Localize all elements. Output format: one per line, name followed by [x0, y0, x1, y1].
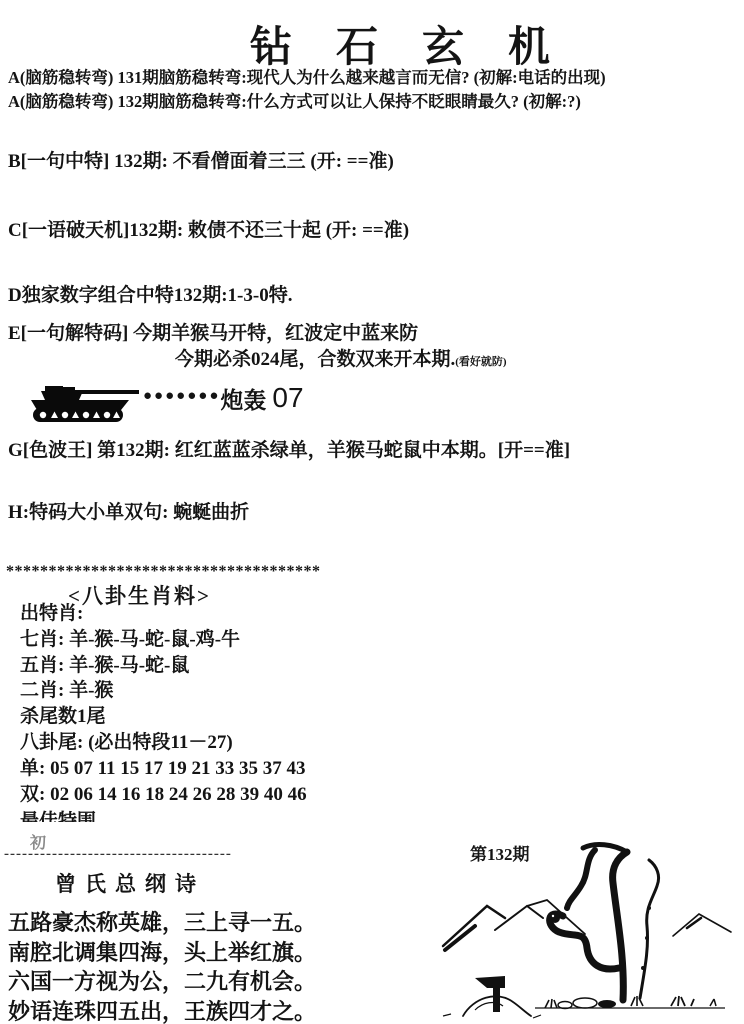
poem-title: 曾氏总纲诗 — [55, 868, 205, 898]
bagua-line-baguawei: 八卦尾: (必出特段11－27) — [20, 730, 307, 756]
poem-line-2: 南腔北调集四海，头上举红旗。 — [8, 938, 316, 968]
cannon-dots: ●●●●●●● — [143, 388, 220, 405]
bagua-line-qixiao: 七肖: 羊-猴-马-蛇-鼠-鸡-牛 — [20, 627, 307, 653]
bagua-line-even-numbers: 双: 02 06 14 16 18 24 26 28 39 40 46 — [20, 782, 307, 808]
poem-line-1: 五路豪杰称英雄，三上寻一五。 — [8, 908, 316, 938]
riddle-line-131: A(脑筋稳转弯) 131期脑筋稳转弯:现代人为什么越来越言而无信? (初解:电话… — [8, 64, 606, 88]
section-d-line: D独家数字组合中特132期:1-3-0特. — [8, 280, 292, 307]
section-e-note: (看好就防) — [455, 356, 506, 368]
dash-divider: -------------------------------------- — [4, 846, 232, 863]
bagua-line-shaweishu: 杀尾数1尾 — [20, 704, 307, 730]
section-e-line2-text: 今期必杀024尾，合数双来开本期. — [175, 349, 455, 370]
snake-tree-mountains-illustration — [435, 838, 740, 1023]
section-c-line: C[一语破天机]132期: 敕债不还三十起 (开: ==准) — [8, 215, 409, 242]
section-e-line2: 今期必杀024尾，合数双来开本期.(看好就防) — [175, 344, 507, 371]
section-b-line: B[一句中特] 132期: 不看僧面着三三 (开: ==准) — [8, 146, 394, 173]
scene-drawing — [435, 838, 740, 1023]
bagua-line-erxiao: 二肖: 羊-猴 — [20, 678, 307, 704]
section-g-line: G[色波王] 第132期: 红红蓝蓝杀绿单，羊猴马蛇鼠中本期。[开==准] — [8, 435, 570, 462]
cannon-number: 07 — [272, 382, 303, 414]
bagua-line-chutexiao: 出特肖: — [20, 601, 307, 627]
section-e-line1: E[一句解特码] 今期羊猴马开特，红波定中蓝来防 — [8, 318, 418, 345]
cannon-label: 炮轰 — [220, 382, 266, 415]
section-h-line: H:特码大小单双句: 蜿蜒曲折 — [8, 497, 249, 524]
bagua-cutoff-line: 最佳特围 — [20, 806, 96, 822]
poem-lines: 五路豪杰称英雄，三上寻一五。 南腔北调集四海，头上举红旗。 六国一方视为公，二九… — [8, 908, 316, 1024]
bagua-zodiac-list: 出特肖: 七肖: 羊-猴-马-蛇-鼠-鸡-牛 五肖: 羊-猴-马-蛇-鼠 二肖:… — [20, 601, 307, 807]
riddle-line-132: A(脑筋稳转弯) 132期脑筋稳转弯:什么方式可以让人保持不眨眼睛最久? (初解… — [8, 88, 581, 112]
poem-line-3: 六国一方视为公，二九有机会。 — [8, 967, 316, 997]
cannon-banner: ●●●●●●● 炮轰 07 — [25, 378, 304, 426]
star-divider: ************************************* — [6, 563, 321, 581]
bagua-line-odd-numbers: 单: 05 07 11 15 17 19 21 33 35 37 43 — [20, 756, 307, 782]
lottery-tips-page: 钻石玄机 A(脑筋稳转弯) 131期脑筋稳转弯:现代人为什么越来越言而无信? (… — [0, 0, 744, 1024]
tank-icon — [25, 378, 143, 426]
bagua-line-wuxiao: 五肖: 羊-猴-马-蛇-鼠 — [20, 653, 307, 679]
poem-line-4: 妙语连珠四五出，王族四才之。 — [8, 997, 316, 1024]
